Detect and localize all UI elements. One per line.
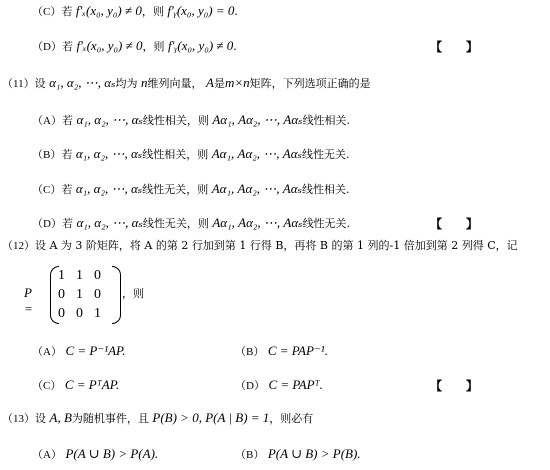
q13-stem: （13）设 A, B为随机事件，且 P(B) > 0, P(A | B) = 1… [2,410,313,427]
q12-option-a: （A） C = P⁻¹AP. [32,343,126,360]
q11-option-b: （B）若 α₁, α₂, ⋯, αₛ线性相关，则 Aα₁, Aα₂, ⋯, Aα… [32,146,349,163]
math-expression: f′ₓ(x₀, y₀) ≠ 0 [76,3,142,18]
q11-stem: （11）设 α₁, α₂, ⋯, αₛ均为 n维列向量， A是m×n矩阵，下列选… [2,75,371,92]
right-paren [112,266,121,324]
matrix-cells: 110 010 001 [58,266,114,323]
option-label: （C） [32,6,61,18]
q11-option-d: （D）若 α₁, α₂, ⋯, αₛ线性无关，则 Aα₁, Aα₂, ⋯, Aα… [32,215,350,232]
math-expression: f′ᵧ(x₀, y₀) = 0 [167,3,234,18]
q12-stem: （12）设 A 为 3 阶矩阵，将 A 的第 2 行加到第 1 行得 B，再将 … [2,238,518,254]
answer-bracket: 【 】 [430,38,478,55]
q13-option-b: （B） P(A ∪ B) > P(B). [235,446,361,463]
option-label: （D） [32,41,62,53]
math-expression: f′ᵧ(x₀, y₀) ≠ 0 [168,38,233,53]
q10-option-d: （D）若 f′ₓ(x₀, y₀) ≠ 0，则 f′ᵧ(x₀, y₀) ≠ 0. [32,38,237,55]
q10-option-c: （C）若 f′ₓ(x₀, y₀) ≠ 0，则 f′ᵧ(x₀, y₀) = 0. [32,3,238,20]
q12-option-d: （D） C = PAPᵀ. [235,377,323,394]
math-expression: f′ₓ(x₀, y₀) ≠ 0 [76,38,142,53]
question-number: （11） [2,78,35,90]
q12-option-c: （C） C = PᵀAP. [32,377,119,394]
answer-bracket: 【 】 [430,215,478,232]
q12-option-b: （B） C = PAP⁻¹. [235,343,328,360]
matrix-name: P = [24,285,33,317]
q11-option-c: （C）若 α₁, α₂, ⋯, αₛ线性无关，则 Aα₁, Aα₂, ⋯, Aα… [32,181,349,198]
question-number: （12） [2,240,35,252]
answer-bracket: 【 】 [430,377,478,394]
q11-option-a: （A）若 α₁, α₂, ⋯, αₛ线性相关，则 Aα₁, Aα₂, ⋯, Aα… [32,112,350,129]
question-number: （13） [2,413,35,425]
q13-option-a: （A） P(A ∪ B) > P(A). [32,446,158,463]
